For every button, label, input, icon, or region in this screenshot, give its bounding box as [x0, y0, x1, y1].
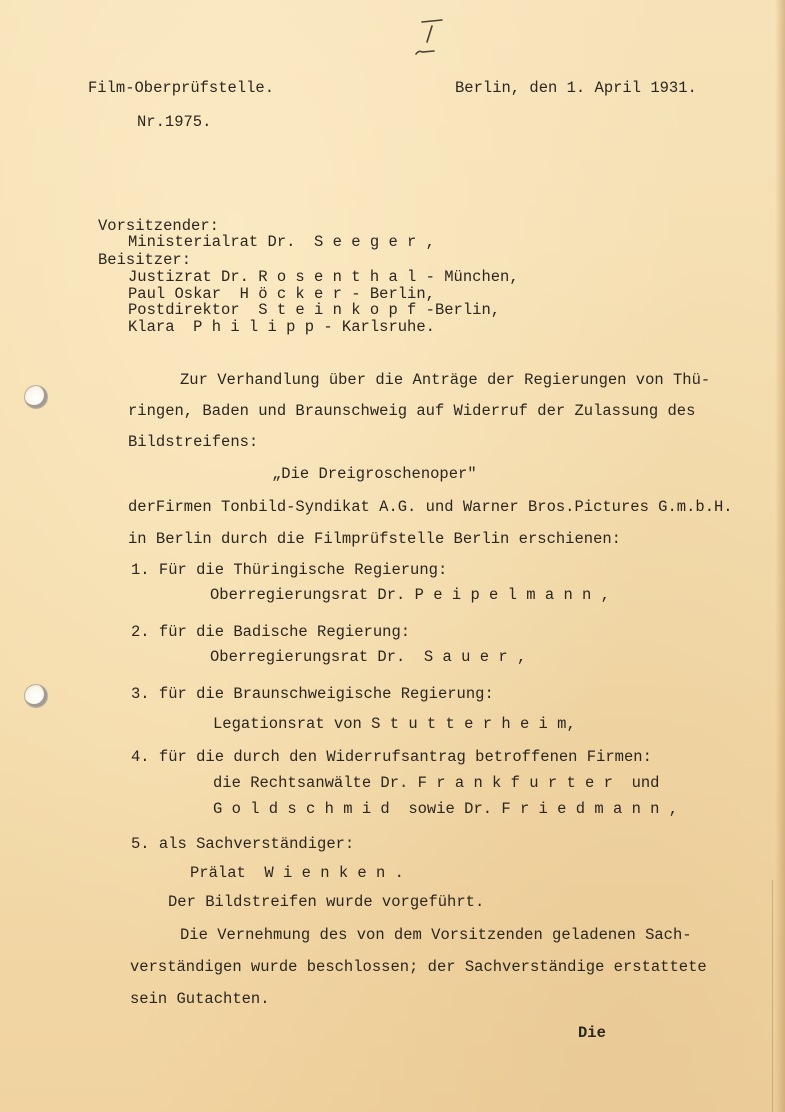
punch-hole — [24, 684, 48, 708]
companies-line: derFirmen Tonbild-Syndikat A.G. und Warn… — [128, 500, 733, 516]
hearing-line: verständigen wurde beschlossen; der Sach… — [130, 960, 707, 976]
handwritten-page-marker-icon — [410, 18, 450, 58]
catchword: Die — [578, 1026, 606, 1042]
paper-edge-line — [772, 880, 773, 1112]
hearing-line: sein Gutachten. — [130, 992, 270, 1008]
intro-line: Bildstreifens: — [128, 435, 258, 451]
paper-edge-shadow — [775, 0, 785, 1112]
office-name: Film-Oberprüfstelle. — [88, 81, 274, 97]
chair-name: Ministerialrat Dr. S e e g e r , — [128, 235, 435, 251]
companies-line: in Berlin durch die Filmprüfstelle Berli… — [128, 532, 621, 548]
assessors-label: Beisitzer: — [98, 253, 191, 269]
punch-hole — [24, 385, 48, 409]
document-page: Film-Oberprüfstelle. Berlin, den 1. Apri… — [0, 0, 785, 1112]
hearing-line: Die Vernehmung des von dem Vorsitzenden … — [180, 928, 692, 944]
intro-line: ringen, Baden und Braunschweig auf Wider… — [128, 404, 695, 420]
appearance-label: 3. für die Braunschweigische Regierung: — [131, 687, 494, 703]
appearance-label: 5. als Sachverständiger: — [131, 837, 354, 853]
appearance-person: Oberregierungsrat Dr. S a u e r , — [210, 650, 526, 666]
assessor-entry: Justizrat Dr. R o s e n t h a l - Münche… — [128, 270, 519, 286]
appearance-label: 4. für die durch den Widerrufsantrag bet… — [131, 750, 652, 766]
assessor-entry: Klara P h i l i p p - Karlsruhe. — [128, 320, 435, 336]
appearance-label: 1. Für die Thüringische Regierung: — [131, 563, 447, 579]
place-date: Berlin, den 1. April 1931. — [455, 81, 697, 97]
appearance-person: Prälat W i e n k e n . — [190, 866, 404, 882]
appearance-person: die Rechtsanwälte Dr. F r a n k f u r t … — [213, 776, 659, 792]
screening-note: Der Bildstreifen wurde vorgeführt. — [168, 895, 484, 911]
assessor-entry: Postdirektor S t e i n k o p f -Berlin, — [128, 303, 500, 319]
appearance-person: G o l d s c h m i d sowie Dr. F r i e d … — [213, 802, 678, 818]
appearance-person: Oberregierungsrat Dr. P e i p e l m a n … — [210, 588, 610, 604]
film-title: „Die Dreigroschenoper" — [272, 467, 477, 483]
appearance-label: 2. für die Badische Regierung: — [131, 625, 410, 641]
intro-line: Zur Verhandlung über die Anträge der Reg… — [180, 373, 710, 389]
file-number: Nr.1975. — [137, 115, 211, 131]
appearance-person: Legationsrat von S t u t t e r h e i m, — [213, 717, 576, 733]
